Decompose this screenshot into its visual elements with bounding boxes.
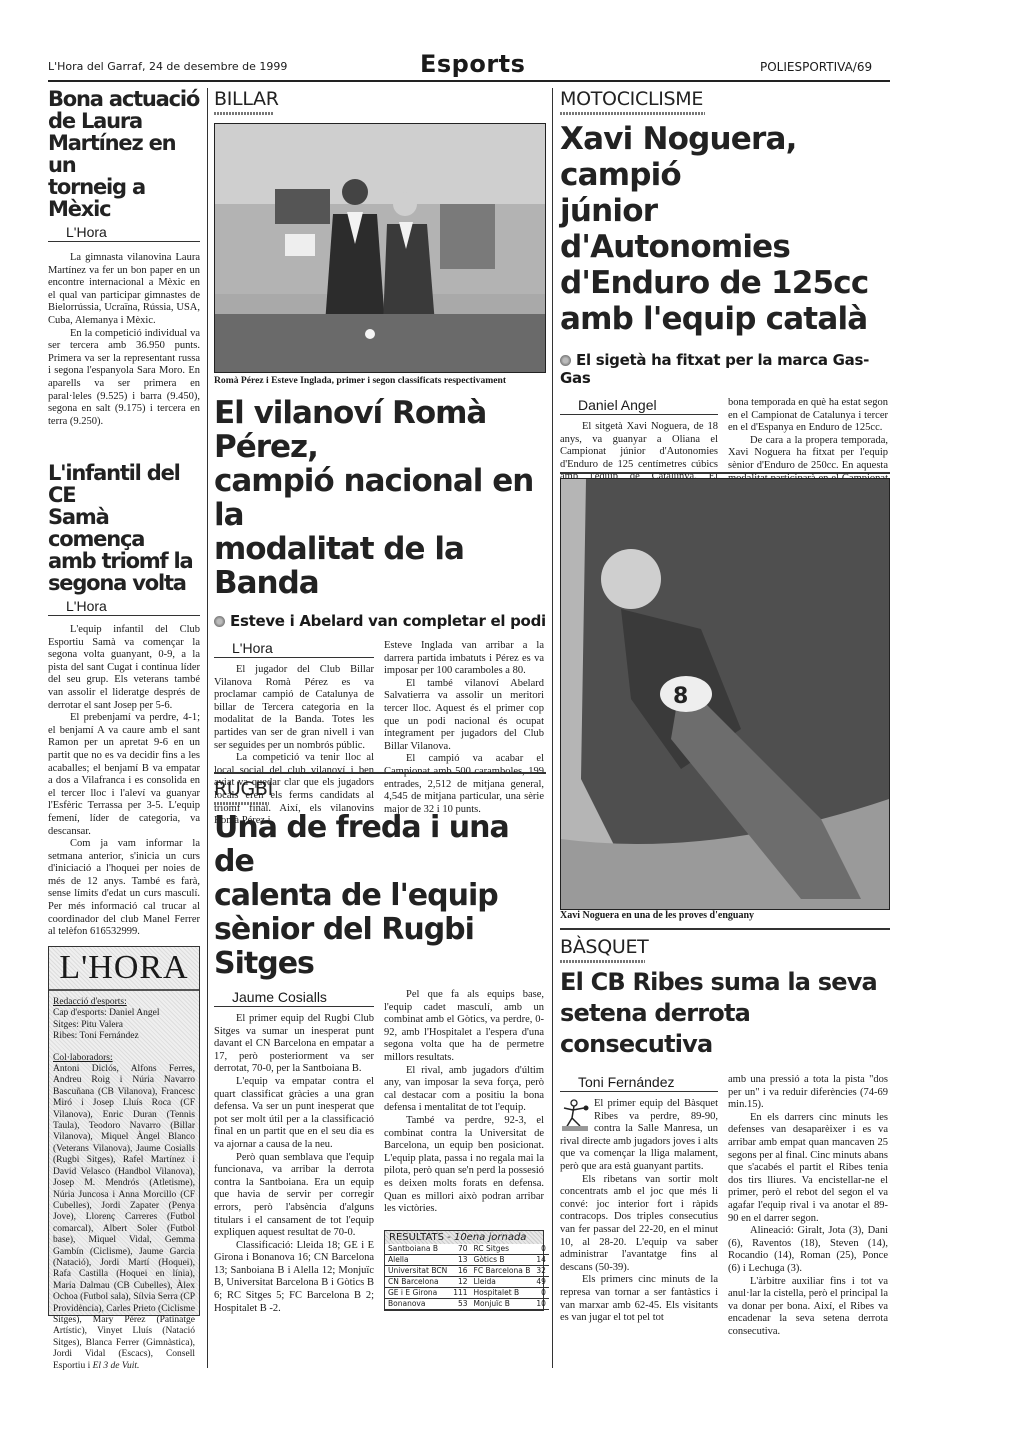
article-headline: El vilanoví Romà Pérez, campió nacional …: [214, 396, 546, 600]
motorcycle-photo: 8: [560, 478, 890, 910]
bullet-icon: [214, 616, 225, 627]
article-body: El primer equip del Bàsquet Ribes va per…: [560, 1098, 718, 1325]
article-body: amb una pressió a tota la pista "dos per…: [728, 1074, 888, 1338]
article-motociclisme: MOTOCICLISME Xavi Noguera, campió júnior…: [560, 88, 890, 534]
article-gymnastics: Bona actuació de Laura Martínez en un to…: [48, 88, 200, 428]
section-label: BILLAR: [214, 88, 546, 110]
page-header-date: L'Hora del Garraf, 24 de desembre de 199…: [48, 60, 287, 73]
byline: Toni Fernández: [560, 1074, 718, 1092]
masthead-staff: Sitges: Pitu Valera: [53, 1020, 195, 1031]
byline: L'Hora: [214, 640, 374, 658]
byline: Daniel Angel: [560, 397, 718, 415]
table-row: CN Barcelona12Lleida49: [385, 1276, 549, 1287]
page-header-section: Esports: [420, 50, 525, 78]
section-label: MOTOCICLISME: [560, 88, 890, 110]
table-row: Santboiana B70RC Sitges0: [385, 1244, 549, 1255]
byline: L'Hora: [48, 598, 200, 616]
article-headline: Xavi Noguera, campió júnior d'Autonomies…: [560, 121, 890, 337]
masthead-redaccio-label: Redacció d'esports:: [53, 997, 195, 1008]
article-body: Pel que fa als equips base, l'equip cade…: [384, 989, 544, 1216]
section-label: BÀSQUET: [560, 936, 890, 958]
section-label: RUGBI: [214, 778, 546, 800]
billiards-players-image: [215, 124, 545, 372]
masthead-logo: L'HORA: [49, 947, 199, 991]
article-body: La gimnasta vilanovina Laura Martínez va…: [48, 252, 200, 428]
basketball-player-icon: [560, 1098, 590, 1132]
header-rule: [48, 80, 890, 82]
column-divider: [552, 88, 553, 1368]
article-headline: El CB Ribes suma la seva setena derrota …: [560, 967, 890, 1060]
masthead-staff: Cap d'esports: Daniel Angel: [53, 1008, 195, 1019]
article-kicker: El sigetà ha fitxat per la marca Gas-Gas: [560, 351, 890, 387]
article-body: El primer equip del Rugbi Club Sitges va…: [214, 1013, 374, 1315]
bullet-icon: [560, 355, 571, 366]
section-rule: [560, 928, 890, 930]
column-divider: [207, 88, 208, 1368]
table-row: Bonanova53Monjuïc B10: [385, 1298, 549, 1309]
byline: L'Hora: [48, 224, 200, 242]
section-decoration: [214, 802, 269, 805]
article-billar: BILLAR Romà Pérez i Esteve Inglada, prim…: [214, 88, 546, 828]
table-row: Universitat BCN16FC Barcelona B32: [385, 1265, 549, 1276]
svg-text:8: 8: [673, 684, 688, 709]
section-decoration: [560, 960, 645, 963]
section-rule: [214, 772, 546, 774]
article-hockey: L'infantil del CE Samà comença amb triom…: [48, 462, 200, 939]
masthead-box: L'HORA Redacció d'esports: Cap d'esports…: [48, 946, 200, 1316]
byline: Jaume Cosialls: [214, 989, 374, 1007]
masthead-staff: Ribes: Toni Fernández: [53, 1031, 195, 1042]
results-table: RESULTATS - 10ena jornada Santboiana B70…: [384, 1230, 544, 1311]
article-body: L'equip infantil del Club Esportiu Samà …: [48, 624, 200, 939]
article-basquet: BÀSQUET El CB Ribes suma la seva setena …: [560, 936, 890, 1338]
section-decoration: [214, 112, 274, 115]
article-headline: L'infantil del CE Samà comença amb triom…: [48, 462, 200, 594]
photo-caption: Romà Pérez i Esteve Inglada, primer i se…: [214, 375, 546, 386]
masthead-collaborators: Antoni Diclós, Alfons Ferres, Andreu Roi…: [53, 1064, 195, 1372]
article-headline: Una de freda i una de calenta de l'equip…: [214, 811, 546, 981]
masthead-collaborators-label: Col·laboradors:: [53, 1053, 195, 1064]
article-kicker: Esteve i Abelard van completar el podi: [214, 612, 546, 630]
results-title: RESULTATS - 10ena jornada: [385, 1231, 543, 1244]
table-row: Alella13Gòtics B14: [385, 1254, 549, 1265]
enduro-rider-image: 8: [561, 479, 889, 909]
billiards-photo: [214, 123, 546, 373]
photo-caption: Xavi Noguera en una de les proves d'engu…: [560, 910, 890, 921]
table-row: GE i E Girona111Hospitalet B0: [385, 1287, 549, 1298]
article-headline: Bona actuació de Laura Martínez en un to…: [48, 88, 200, 220]
section-rule: [560, 472, 890, 474]
section-decoration: [560, 112, 705, 115]
article-rugbi: RUGBI Una de freda i una de calenta de l…: [214, 778, 546, 1315]
page-header-page: POLIESPORTIVA/69: [760, 60, 872, 74]
